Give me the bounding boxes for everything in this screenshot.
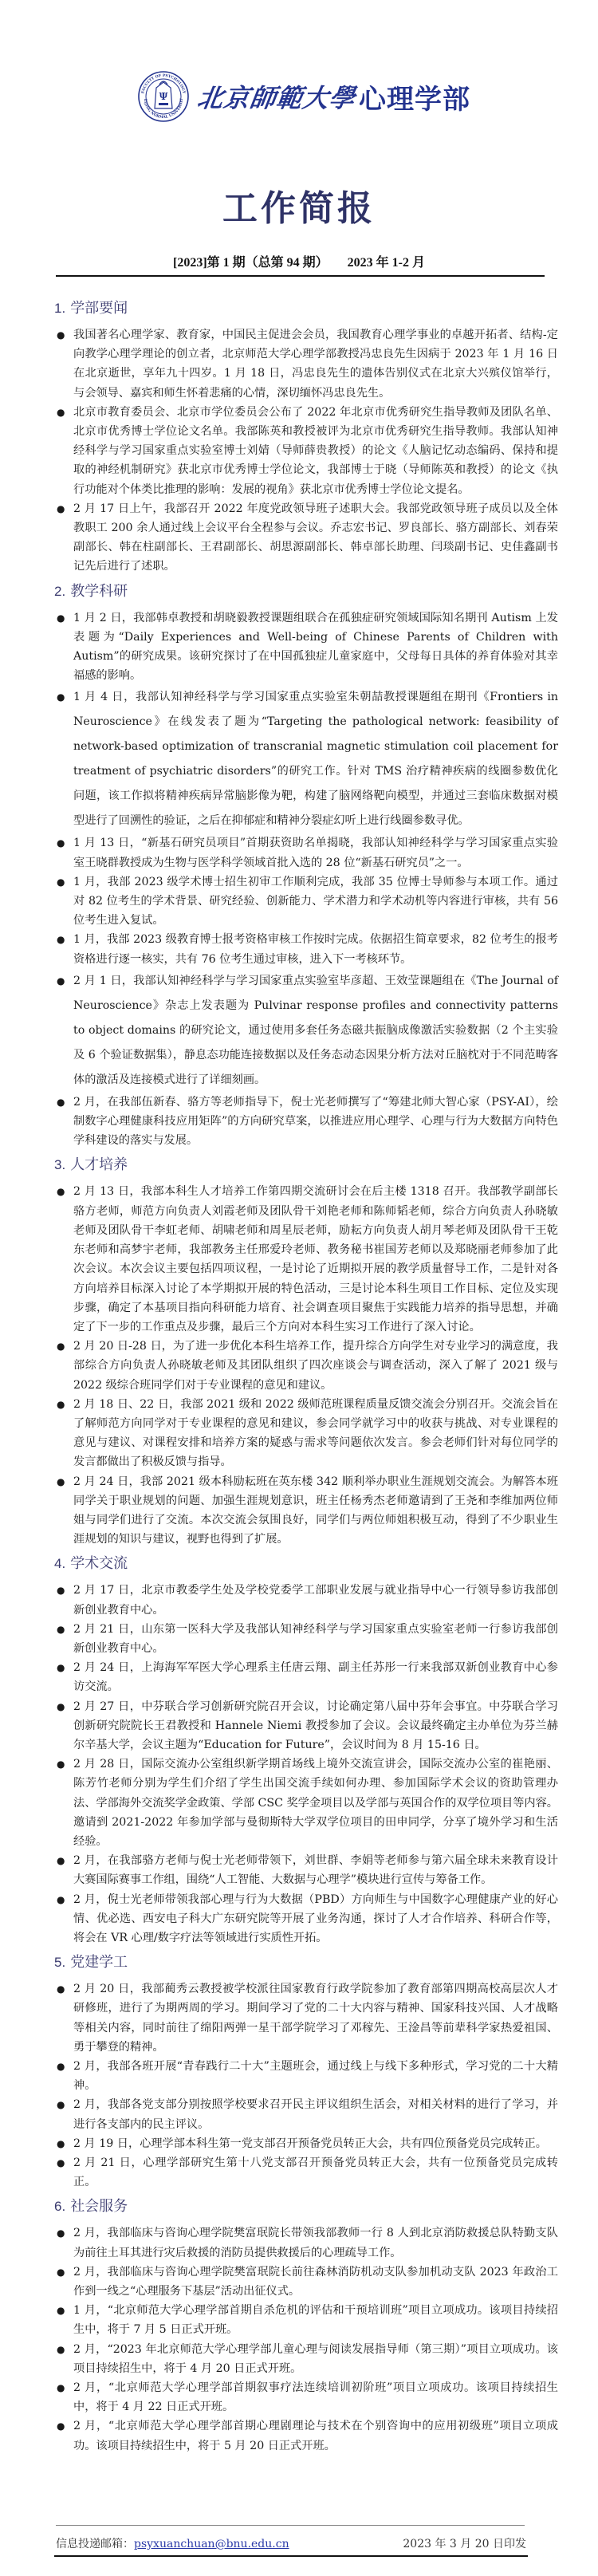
- section-heading: 1.学部要闻: [54, 298, 558, 319]
- list-item: ●2 月 18 日、22 日，我部 2021 级和 2022 级师范班课程质量反…: [54, 1395, 558, 1472]
- bullet-icon: ●: [57, 685, 65, 710]
- bullet-icon: ●: [57, 1620, 65, 1639]
- print-date: 2023 年 3 月 20 日印发: [403, 2535, 526, 2554]
- bullet-icon: ●: [57, 2223, 65, 2243]
- bullet-icon: ●: [57, 872, 65, 892]
- list-item: ●1 月 13 日，“新基石研究员项目”首期获资助名单揭晓，我部认知神经科学与学…: [54, 833, 558, 872]
- bullet-icon: ●: [57, 1581, 65, 1600]
- bullet-icon: ●: [57, 2134, 65, 2153]
- bullet-icon: ●: [57, 2057, 65, 2076]
- list-item: ●1 月，“北京师范大学心理学部首期自杀危机的评估和干预培训班”项目立项成功。该…: [54, 2301, 558, 2339]
- bullet-icon: ●: [57, 1979, 65, 1999]
- bullet-icon: ●: [57, 1093, 65, 1112]
- bullet-icon: ●: [57, 1395, 65, 1414]
- bullet-icon: ●: [57, 1890, 65, 1909]
- list-item: ●2 月 21 日，山东第一医科大学及我部认知神经科学与学习国家重点实验室老师一…: [54, 1620, 558, 1658]
- bullet-icon: ●: [57, 1337, 65, 1356]
- bullet-icon: ●: [57, 2340, 65, 2359]
- section-heading: 4.学术交流: [54, 1554, 558, 1574]
- list-item: ●1 月，我部 2023 级学术博士招生初审工作顺利完成，我部 35 位博士导师…: [54, 872, 558, 931]
- header-divider: [56, 275, 545, 277]
- list-item: ●北京市教育委员会、北京市学位委员会公布了 2022 年北京市优秀研究生指导教师…: [54, 403, 558, 499]
- section-party-student-affairs: 5.党建学工 ●2 月 20 日，我部蔺秀云教授被学校派往国家教育行政学院参加了…: [54, 1952, 558, 2192]
- bullet-icon: ●: [57, 833, 65, 853]
- list-item: ●2 月 24 日，我部 2021 级本科励耘班在英东楼 342 顺利举办职业生…: [54, 1472, 558, 1550]
- list-item: ●我国著名心理学家、教育家，中国民主促进会会员，我国教育心理学事业的卓越开拓者、…: [54, 325, 558, 403]
- news-list: ●2 月 13 日，我部本科生人才培养工作第四期交流研讨会在后主楼 1318 召…: [54, 1182, 558, 1549]
- email-label: 信息投递邮箱：: [56, 2538, 134, 2550]
- bullet-icon: ●: [57, 1755, 65, 1774]
- list-item: ●2 月，“北京师范大学心理学部首期叙事疗法连续培训初阶班”项目立项成功。该项目…: [54, 2378, 558, 2416]
- footer-divider: [56, 2525, 525, 2526]
- issue-number: [2023]第 1 期（总第 94 期）: [173, 256, 329, 270]
- section-talent-cultivation: 3.人才培养 ●2 月 13 日，我部本科生人才培养工作第四期交流研讨会在后主楼…: [54, 1155, 558, 1549]
- news-list: ●我国著名心理学家、教育家，中国民主促进会会员，我国教育心理学事业的卓越开拓者、…: [54, 325, 558, 577]
- section-social-service: 6.社会服务 ●2 月，我部临床与咨询心理学院樊富珉院长带领我部教师一行 8 人…: [54, 2196, 558, 2455]
- news-list: ●2 月 17 日，北京市教委学生处及学校党委学工部职业发展与就业指导中心一行领…: [54, 1581, 558, 1948]
- section-heading: 2.教学科研: [54, 581, 558, 602]
- list-item: ●2 月 17 日，北京市教委学生处及学校党委学工部职业发展与就业指导中心一行领…: [54, 1581, 558, 1619]
- bullet-icon: ●: [57, 1472, 65, 1491]
- list-item: ●2 月，在我部骆方老师与倪士光老师带领下，刘世群、李娟等老师参与第六届全球未来…: [54, 1851, 558, 1889]
- section-teaching-research: 2.教学科研 ●1 月 2 日，我部韩卓教授和胡晓毅教授课题组联合在孤独症研究领…: [54, 581, 558, 1151]
- section-heading: 6.社会服务: [54, 2196, 558, 2217]
- section-heading: 3.人才培养: [54, 1155, 558, 1176]
- contact-email-link[interactable]: psyxuanchuan@bnu.edu.cn: [134, 2538, 289, 2550]
- bullet-icon: ●: [57, 499, 65, 518]
- issue-period: 2023 年 1-2 月: [348, 256, 425, 270]
- university-seal-icon: Ψ FACULTY OF PSYCHOLOGY BEIJING NORMAL U…: [137, 70, 190, 123]
- newsletter-body: 1.学部要闻 ●我国著名心理学家、教育家，中国民主促进会会员，我国教育心理学事业…: [54, 293, 558, 2456]
- list-item: ●2 月 13 日，我部本科生人才培养工作第四期交流研讨会在后主楼 1318 召…: [54, 1182, 558, 1337]
- bullet-icon: ●: [57, 1697, 65, 1716]
- list-item: ●2 月 17 日上午，我部召开 2022 年度党政领导班子述职大会。我部党政领…: [54, 499, 558, 577]
- list-item: ●2 月，我部临床与咨询心理学院樊富珉院长前往森林消防机动支队参加机动支队 20…: [54, 2263, 558, 2301]
- bullet-icon: ●: [57, 325, 65, 345]
- bullet-icon: ●: [57, 609, 65, 628]
- bullet-icon: ●: [57, 1851, 65, 1870]
- list-item: ●2 月 27 日，中芬联合学习创新研究院召开会议，讨论确定第八届中芬年会事宜。…: [54, 1697, 558, 1755]
- section-heading: 5.党建学工: [54, 1952, 558, 1973]
- issue-line: [2023]第 1 期（总第 94 期） 2023 年 1-2 月: [0, 252, 598, 270]
- section-department-news: 1.学部要闻 ●我国著名心理学家、教育家，中国民主促进会会员，我国教育心理学事业…: [54, 298, 558, 577]
- bullet-icon: ●: [57, 2416, 65, 2436]
- faculty-wordmark: 北京師範大學 心理学部: [198, 77, 470, 116]
- faculty-name: 心理学部: [359, 77, 470, 116]
- list-item: ●2 月 21 日，心理学部研究生第十八党支部召开预备党员转正大会，共有一位预备…: [54, 2153, 558, 2192]
- news-list: ●1 月 2 日，我部韩卓教授和胡晓毅教授课题组联合在孤独症研究领域国际知名期刊…: [54, 609, 558, 1151]
- university-name: 北京師範大學: [195, 78, 358, 115]
- bullet-icon: ●: [57, 2095, 65, 2114]
- faculty-logo: Ψ FACULTY OF PSYCHOLOGY BEIJING NORMAL U…: [137, 70, 470, 123]
- list-item: ●2 月 20 日，我部蔺秀云教授被学校派往国家教育行政学院参加了教育部第四期高…: [54, 1979, 558, 2057]
- bullet-icon: ●: [57, 969, 65, 994]
- list-item: ●1 月 2 日，我部韩卓教授和胡晓毅教授课题组联合在孤独症研究领域国际知名期刊…: [54, 609, 558, 686]
- list-item: ●2 月，我部各班开展“青春践行二十大”主题班会，通过线上与线下多种形式，学习党…: [54, 2057, 558, 2095]
- list-item: ●2 月，我部各党支部分别按照学校要求召开民主评议组织生活会，对相关材料的进行了…: [54, 2095, 558, 2133]
- list-item: ●1 月 4 日，我部认知神经科学与学习国家重点实验室朱朝喆教授课题组在期刊《F…: [54, 685, 558, 833]
- document-header: Ψ FACULTY OF PSYCHOLOGY BEIJING NORMAL U…: [0, 0, 598, 160]
- list-item: ●2 月 24 日，上海海军军医大学心理系主任唐云翔、副主任苏彤一行来我部双新创…: [54, 1658, 558, 1696]
- bullet-icon: ●: [57, 1182, 65, 1201]
- list-item: ●2 月，“北京师范大学心理学部首期心理剧理论与技术在个别咨询中的应用初级班”项…: [54, 2416, 558, 2455]
- svg-text:Ψ: Ψ: [159, 91, 168, 102]
- list-item: ●2 月，“2023 年北京师范大学心理学部儿童心理与阅读发展指导师（第三期）”…: [54, 2340, 558, 2378]
- list-item: ●2 月，倪士光老师带领我部心理与行为大数据（PBD）方向师生与中国数字心理健康…: [54, 1890, 558, 1948]
- list-item: ●2 月，在我部伍新春、骆方等老师指导下，倪士光老师撰写了“筹建北师大智心家（P…: [54, 1093, 558, 1151]
- bullet-icon: ●: [57, 2378, 65, 2397]
- page-title: 工作简报: [0, 179, 598, 230]
- bullet-icon: ●: [57, 930, 65, 949]
- footer-bottom-rule: [54, 2555, 528, 2557]
- section-academic-exchange: 4.学术交流 ●2 月 17 日，北京市教委学生处及学校党委学工部职业发展与就业…: [54, 1554, 558, 1948]
- list-item: ●1 月，我部 2023 级教育博士报考资格审核工作按时完成。依据招生简章要求，…: [54, 930, 558, 968]
- news-list: ●2 月，我部临床与咨询心理学院樊富珉院长带领我部教师一行 8 人到北京消防救援…: [54, 2223, 558, 2455]
- bullet-icon: ●: [57, 1658, 65, 1677]
- list-item: ●2 月 28 日，国际交流办公室组织新学期首场线上境外交流宣讲会，国际交流办公…: [54, 1755, 558, 1851]
- bullet-icon: ●: [57, 403, 65, 422]
- bullet-icon: ●: [57, 2263, 65, 2282]
- news-list: ●2 月 20 日，我部蔺秀云教授被学校派往国家教育行政学院参加了教育部第四期高…: [54, 1979, 558, 2192]
- list-item: ●2 月 1 日，我部认知神经科学与学习国家重点实验室毕彦超、王效莹课题组在《T…: [54, 969, 558, 1093]
- bullet-icon: ●: [57, 2153, 65, 2172]
- list-item: ●2 月 19 日，心理学部本科生第一党支部召开预备党员转正大会，共有四位预备党…: [54, 2134, 558, 2153]
- list-item: ●2 月，我部临床与咨询心理学院樊富珉院长带领我部教师一行 8 人到北京消防救援…: [54, 2223, 558, 2262]
- footer: 信息投递邮箱：psyxuanchuan@bnu.edu.cn 2023 年 3 …: [56, 2535, 526, 2554]
- bullet-icon: ●: [57, 2301, 65, 2320]
- list-item: ●2 月 20 日-28 日，为了进一步优化本科生培养工作，提升综合方向学生对专…: [54, 1337, 558, 1395]
